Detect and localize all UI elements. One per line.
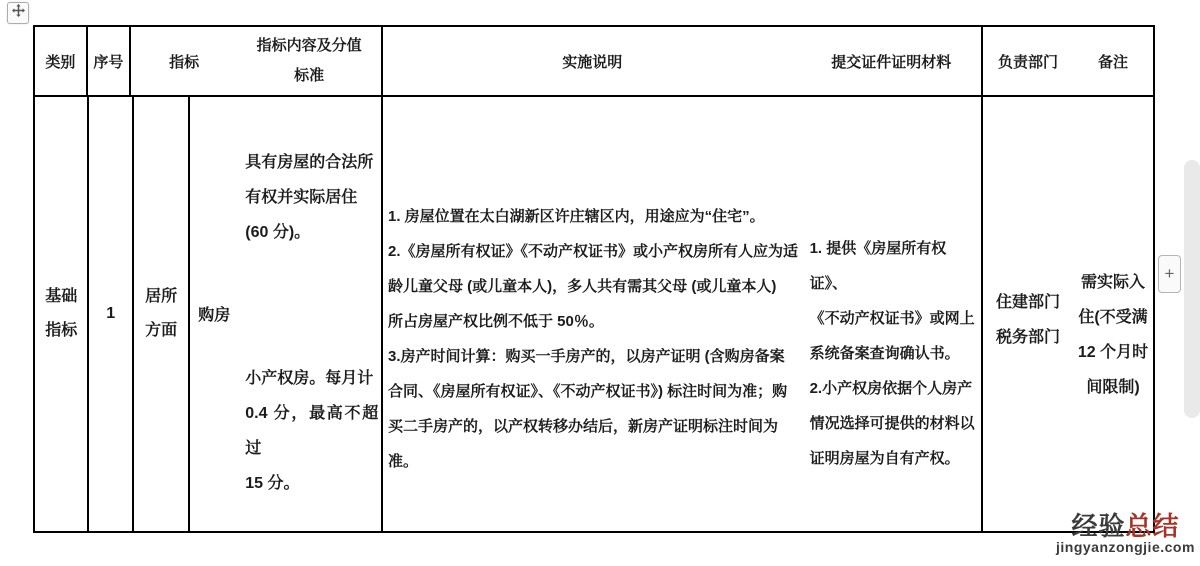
indicator-item-purchase: 购房	[198, 298, 381, 333]
header-indicator-group: 指标 指标内容及分值 标准	[131, 27, 383, 95]
cell-department-remarks: 住建部门 税务部门 需实际入 住(不受满 12 个月时 间限制)	[983, 97, 1153, 531]
cell-indicator-group[interactable]: 居所 方面	[134, 97, 190, 531]
header-content-standard[interactable]: 指标内容及分值 标准	[237, 27, 381, 95]
header-materials[interactable]: 提交证件证明材料	[802, 27, 981, 95]
header-category[interactable]: 类别	[35, 27, 88, 95]
materials-notes[interactable]: 1. 提供《房屋所有权证》、 《不动产权证书》或网上 系统备案查询确认书。 2.…	[802, 231, 981, 531]
cell-category[interactable]: 基础 指标	[35, 97, 89, 531]
document-page: 类别 序号 指标 指标内容及分值 标准 实施说明 提交证件证明材料 负责部门 备…	[0, 0, 1200, 566]
cell-number[interactable]: 1	[89, 97, 134, 531]
header-number[interactable]: 序号	[88, 27, 131, 95]
header-indicator[interactable]: 指标	[131, 27, 237, 95]
points-table: 类别 序号 指标 指标内容及分值 标准 实施说明 提交证件证明材料 负责部门 备…	[33, 25, 1155, 533]
standard-ownership: 具有房屋的合法所 有权并实际居住 (60 分)。	[245, 97, 378, 250]
table-header-row: 类别 序号 指标 指标内容及分值 标准 实施说明 提交证件证明材料 负责部门 备…	[35, 27, 1153, 97]
watermark-title-dark: 经验	[1071, 511, 1125, 541]
move-cross-icon	[12, 4, 25, 22]
cell-implementation-materials: 1. 房屋位置在太白湖新区许庄辖区内，用途应为“住宅”。 2.《房屋所有权证》《…	[383, 97, 983, 531]
add-row-button[interactable]: +	[1158, 255, 1181, 293]
watermark-url: jingyanzongjie.com	[1056, 540, 1195, 555]
table-move-handle[interactable]	[7, 2, 29, 24]
scrollbar-thumb[interactable]	[1184, 160, 1200, 418]
site-watermark: 经验总结 jingyanzongjie.com	[1056, 512, 1195, 555]
header-department-group: 负责部门 备注	[983, 27, 1153, 95]
cell-standards[interactable]: 具有房屋的合法所 有权并实际居住 (60 分)。 购房 小产权房。每月计 0.4…	[190, 97, 383, 531]
header-department[interactable]: 负责部门	[983, 27, 1073, 95]
header-implementation[interactable]: 实施说明	[383, 27, 802, 95]
watermark-title-red: 总结	[1125, 511, 1179, 541]
header-implementation-group: 实施说明 提交证件证明材料	[383, 27, 983, 95]
department-value[interactable]: 住建部门 税务部门	[983, 285, 1073, 531]
watermark-title: 经验总结	[1056, 512, 1195, 540]
remarks-value[interactable]: 需实际入 住(不受满 12 个月时 间限制)	[1073, 265, 1153, 531]
table-body-row: 基础 指标 1 居所 方面 具有房屋的合法所 有权并实际居住 (60 分)。 购…	[35, 97, 1153, 531]
implementation-notes[interactable]: 1. 房屋位置在太白湖新区许庄辖区内，用途应为“住宅”。 2.《房屋所有权证》《…	[383, 199, 802, 531]
standard-limited-property: 小产权房。每月计 0.4 分，最高不超过 15 分。	[245, 361, 378, 501]
header-remarks[interactable]: 备注	[1073, 27, 1153, 95]
